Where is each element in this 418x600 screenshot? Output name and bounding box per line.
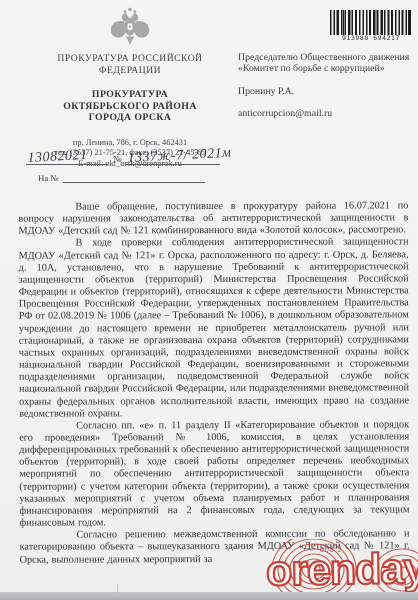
reply-underline: [63, 172, 205, 183]
barcode-digits: 913988 694217: [330, 34, 412, 42]
handwritten-date: 13082021: [27, 148, 88, 167]
body-paragraph: Согласно пп. «е» п. 11 разделу II «Катег…: [19, 419, 409, 530]
handwritten-number: 1337ж-7/ 2021м: [127, 146, 232, 167]
recipient-title-line1: Председателю Общественного движения: [238, 52, 414, 63]
reply-reference-row: На №: [38, 172, 205, 183]
org-name-line2: ФЕДЕРАЦИИ: [14, 65, 246, 77]
outgoing-reference-row: 13082021 № 1337ж-7/ 2021м: [26, 147, 220, 165]
body-paragraph: В ходе проверки соблюдения антитеррорист…: [18, 237, 409, 421]
recipient-email: anticorrupcion@mail.ru: [238, 108, 414, 119]
office-name-line3: ГОРОДА ОРСКА: [14, 112, 246, 124]
body-paragraph: Ваше обращение, поступившее в прокуратур…: [18, 200, 408, 238]
barcode-bars-icon: [330, 10, 412, 35]
office-name-line1: ПРОКУРАТУРА: [14, 89, 246, 101]
number-underline: 1337ж-7/ 2021м: [126, 147, 220, 165]
recipient-block: 913988 694217 Председателю Общественного…: [238, 10, 414, 119]
office-name-line2: ОКТЯБРЬСКОГО РАЙОНА: [14, 101, 246, 113]
date-underline: 13082021: [26, 147, 108, 165]
body-paragraph: Согласно решению межведомственной комисс…: [20, 529, 410, 567]
recipient-name: Пронину Р.А.: [238, 86, 414, 97]
letter-body: Ваше обращение, поступившее в прокуратур…: [18, 200, 409, 566]
number-sign: №: [113, 154, 122, 164]
scanner-artifact-line: [117, 584, 118, 593]
org-name-line1: ПРОКУРАТУРА РОССИЙСКОЙ: [14, 53, 246, 65]
reply-label: На №: [38, 173, 59, 183]
letterhead: ПРОКУРАТУРА РОССИЙСКОЙ ФЕДЕРАЦИИ ПРОКУРА…: [14, 6, 246, 169]
recipient-title-line2: «Комитет по борьбе с коррупцией»: [238, 63, 414, 74]
barcode: 913988 694217: [330, 10, 412, 42]
scanned-letter-page: ПРОКУРАТУРА РОССИЙСКОЙ ФЕДЕРАЦИИ ПРОКУРА…: [0, 0, 418, 600]
scanner-edge-band: [0, 592, 418, 600]
coat-of-arms-icon: [108, 6, 152, 46]
